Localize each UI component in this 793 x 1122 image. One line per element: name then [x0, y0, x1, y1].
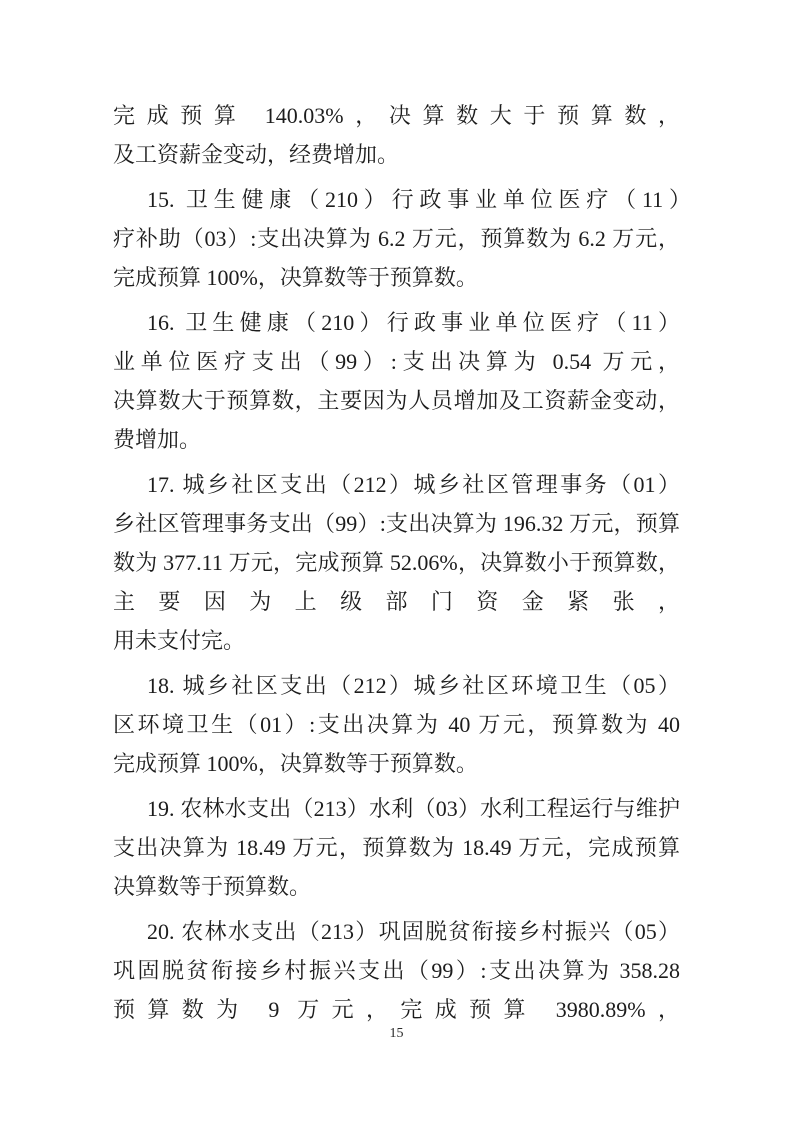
text-line: 完成预算 100%，决算数等于预算数。: [113, 744, 680, 783]
text-line: 用未支付完。: [113, 621, 680, 660]
text-line: 疗补助（03）:支出决算为 6.2 万元，预算数为 6.2 万元，: [113, 219, 680, 258]
text-line: 17. 城乡社区支出（212）城乡社区管理事务（01）其他城: [113, 465, 680, 504]
text-line: 15. 卫生健康（210）行政事业单位医疗（11） 公务员医: [113, 180, 680, 219]
paragraph-item-19: 19. 农林水支出（213）水利（03）水利工程运行与维护（06）: 支出决算为…: [113, 789, 680, 906]
document-page: 完成预算 140.03%，决算数大于预算数，主要因为人员增加 及工资薪金变动，经…: [0, 0, 793, 1122]
paragraph-item-17: 17. 城乡社区支出（212）城乡社区管理事务（01）其他城 乡社区管理事务支出…: [113, 465, 680, 660]
text-line: 费增加。: [113, 420, 680, 459]
text-line: 18. 城乡社区支出（212）城乡社区环境卫生（05）城乡社: [113, 666, 680, 705]
paragraph-item-20: 20. 农林水支出（213）巩固脱贫衔接乡村振兴（05）其他 巩固脱贫衔接乡村振…: [113, 912, 680, 1029]
text-line: 数为 377.11 万元，完成预算 52.06%，决算数小于预算数，: [113, 543, 680, 582]
document-body: 完成预算 140.03%，决算数大于预算数，主要因为人员增加 及工资薪金变动，经…: [113, 96, 680, 1029]
text-line: 20. 农林水支出（213）巩固脱贫衔接乡村振兴（05）其他: [113, 912, 680, 951]
text-line: 16. 卫生健康（210）行政事业单位医疗（11）其他行政事: [113, 303, 680, 342]
page-number: 15: [0, 1026, 793, 1042]
paragraph-item-16: 16. 卫生健康（210）行政事业单位医疗（11）其他行政事 业单位医疗支出（9…: [113, 303, 680, 459]
text-line: 支出决算为 18.49 万元，预算数为 18.49 万元，完成预算 100%，: [113, 828, 680, 867]
text-line: 预算数为 9 万元，完成预算 3980.89%，决算数大于预算数，: [113, 990, 680, 1029]
text-line: 乡社区管理事务支出（99）:支出决算为 196.32 万元，预算: [113, 504, 680, 543]
text-line: 主要因为上级部门资金紧张，保升镇范围内安置小区运维费: [113, 582, 680, 621]
text-line: 19. 农林水支出（213）水利（03）水利工程运行与维护（06）:: [113, 789, 680, 828]
text-line: 业单位医疗支出（99）:支出决算为 0.54 万元，年初无预算，: [113, 342, 680, 381]
paragraph-item-18: 18. 城乡社区支出（212）城乡社区环境卫生（05）城乡社 区环境卫生（01）…: [113, 666, 680, 783]
text-line: 区环境卫生（01）:支出决算为 40 万元，预算数为 40 万元，: [113, 705, 680, 744]
text-line: 完成预算 100%，决算数等于预算数。: [113, 258, 680, 297]
text-line: 决算数大于预算数，主要因为人员增加及工资薪金变动，经: [113, 381, 680, 420]
text-line: 决算数等于预算数。: [113, 867, 680, 906]
text-line: 完成预算 140.03%，决算数大于预算数，主要因为人员增加: [113, 96, 680, 135]
paragraph-14-continuation: 完成预算 140.03%，决算数大于预算数，主要因为人员增加 及工资薪金变动，经…: [113, 96, 680, 174]
text-line: 及工资薪金变动，经费增加。: [113, 135, 680, 174]
text-line: 巩固脱贫衔接乡村振兴支出（99）:支出决算为 358.28 万元，: [113, 951, 680, 990]
paragraph-item-15: 15. 卫生健康（210）行政事业单位医疗（11） 公务员医 疗补助（03）:支…: [113, 180, 680, 297]
